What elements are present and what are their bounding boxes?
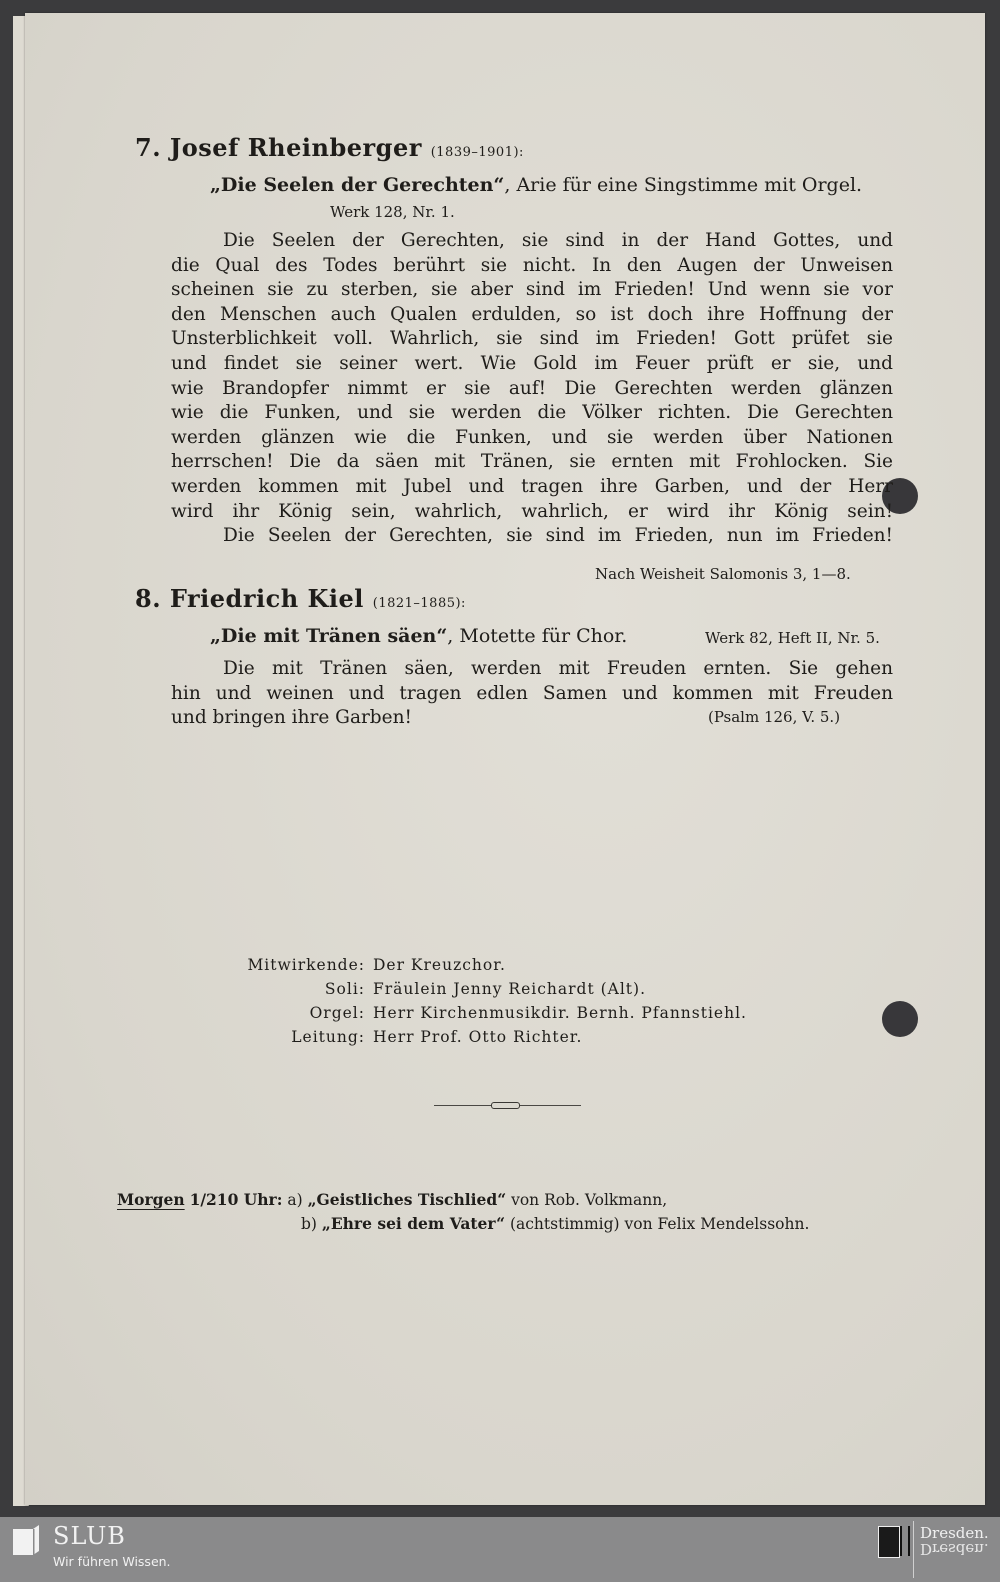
section-7-text: Die Seelen der Gerechten, sie sind in de… [171,229,893,549]
text-line: wird ihr König sein, wahrlich, wahrlich,… [171,500,893,525]
credit-value: Fräulein Jenny Reichardt (Alt). [373,977,646,1001]
credit-label: Mitwirkende: [205,953,373,977]
text-line: Die Seelen der Gerechten, sie sind in de… [171,229,893,254]
credit-value: Der Kreuzchor. [373,953,506,977]
item-title: „Ehre sei dem Vater“ [322,1214,505,1233]
text-line: scheinen sie zu sterben, sie aber sind i… [171,278,893,303]
section-8-opus: Werk 82, Heft II, Nr. 5. [705,629,880,647]
closing-line: Die Seelen der Gerechten, sie sind im Fr… [171,524,893,549]
text-line: werden glänzen wie die Funken, und sie w… [171,426,893,451]
work-title: „Die Seelen der Gerechten“ [210,174,504,196]
performers-credits: Mitwirkende: Der Kreuzchor. Soli: Fräule… [205,953,747,1049]
text-line: Unsterblichkeit voll. Wahrlich, sie sind… [171,327,893,352]
credit-row: Soli: Fräulein Jenny Reichardt (Alt). [205,977,747,1001]
section-8-heading: 8. Friedrich Kiel (1821–1885): [135,584,466,613]
composer-dates: (1821–1885): [373,596,466,611]
text-line: hin und weinen und tragen edlen Samen un… [171,682,893,707]
slub-footer-bar: SLUB Wir führen Wissen. Dresden. Dresden… [0,1517,1000,1582]
text-line: werden kommen mit Jubel und tragen ihre … [171,475,893,500]
section-7-source: Nach Weisheit Salomonis 3, 1—8. [595,565,851,583]
punch-hole-icon [882,1001,918,1037]
credit-label: Soli: [205,977,373,1001]
work-title: „Die mit Tränen säen“ [210,625,447,647]
credit-label: Leitung: [205,1025,373,1049]
composer-name: 7. Josef Rheinberger [135,133,422,162]
composer-name: 8. Friedrich Kiel [135,584,364,613]
item-prefix: b) [301,1215,317,1233]
slub-tagline: Wir führen Wissen. [53,1554,171,1569]
text-line: den Menschen auch Qualen erdulden, so is… [171,303,893,328]
section-8-work-title: „Die mit Tränen säen“, Motette für Chor. [210,625,627,647]
announcement-line-b: b) „Ehre sei dem Vater“ (achtstimmig) vo… [117,1212,809,1236]
credit-value: Herr Kirchenmusikdir. Bernh. Pfannstiehl… [373,1001,747,1025]
credit-row: Orgel: Herr Kirchenmusikdir. Bernh. Pfan… [205,1001,747,1025]
document-page: 7. Josef Rheinberger (1839–1901): „Die S… [25,13,985,1505]
text-line: wie Brandopfer nimmt er sie auf! Die Ger… [171,377,893,402]
credit-label: Orgel: [205,1001,373,1025]
item-rest: von Rob. Volkmann, [506,1191,667,1209]
work-description: , Motette für Chor. [447,625,627,647]
text-line: wie die Funken, und sie werden die Völke… [171,401,893,426]
section-7-opus: Werk 128, Nr. 1. [330,203,455,221]
next-day-announcement: Morgen 1/210 Uhr: a) „Geistliches Tischl… [117,1188,809,1236]
credit-value: Herr Prof. Otto Richter. [373,1025,582,1049]
item-rest: (achtstimmig) von Felix Mendelssohn. [505,1215,809,1233]
section-7-heading: 7. Josef Rheinberger (1839–1901): [135,133,524,162]
credit-row: Leitung: Herr Prof. Otto Richter. [205,1025,747,1049]
footer-separator [913,1521,914,1578]
composer-dates: (1839–1901): [431,145,524,160]
text-line: Die mit Tränen säen, werden mit Freuden … [171,657,893,682]
announcement-line-a: Morgen 1/210 Uhr: a) „Geistliches Tischl… [117,1188,809,1212]
morgen-time: 1/210 Uhr: [190,1190,283,1209]
divider-ornament-icon [491,1102,520,1109]
text-line: herrschen! Die da säen mit Tränen, sie e… [171,450,893,475]
slub-book-icon [13,1525,41,1555]
text-line: die Qual des Todes berührt sie nicht. In… [171,254,893,279]
text-line: und findet sie seiner wert. Wie Gold im … [171,352,893,377]
coat-of-arms-stripes [900,1526,910,1556]
slub-brand: SLUB [53,1522,126,1550]
dresden-text-mirrored: Dresden. [920,1541,989,1556]
work-description: , Arie für eine Singstimme mit Orgel. [504,174,862,196]
morgen-label: Morgen [117,1190,185,1209]
dresden-coat-of-arms-icon [878,1526,900,1558]
item-title: „Geistliches Tischlied“ [308,1190,507,1209]
item-prefix: a) [287,1191,302,1209]
section-8-source: (Psalm 126, V. 5.) [708,708,840,726]
dresden-logo: Dresden. Dresden. [920,1526,989,1556]
credit-row: Mitwirkende: Der Kreuzchor. [205,953,747,977]
section-7-work-title: „Die Seelen der Gerechten“, Arie für ein… [210,174,862,196]
